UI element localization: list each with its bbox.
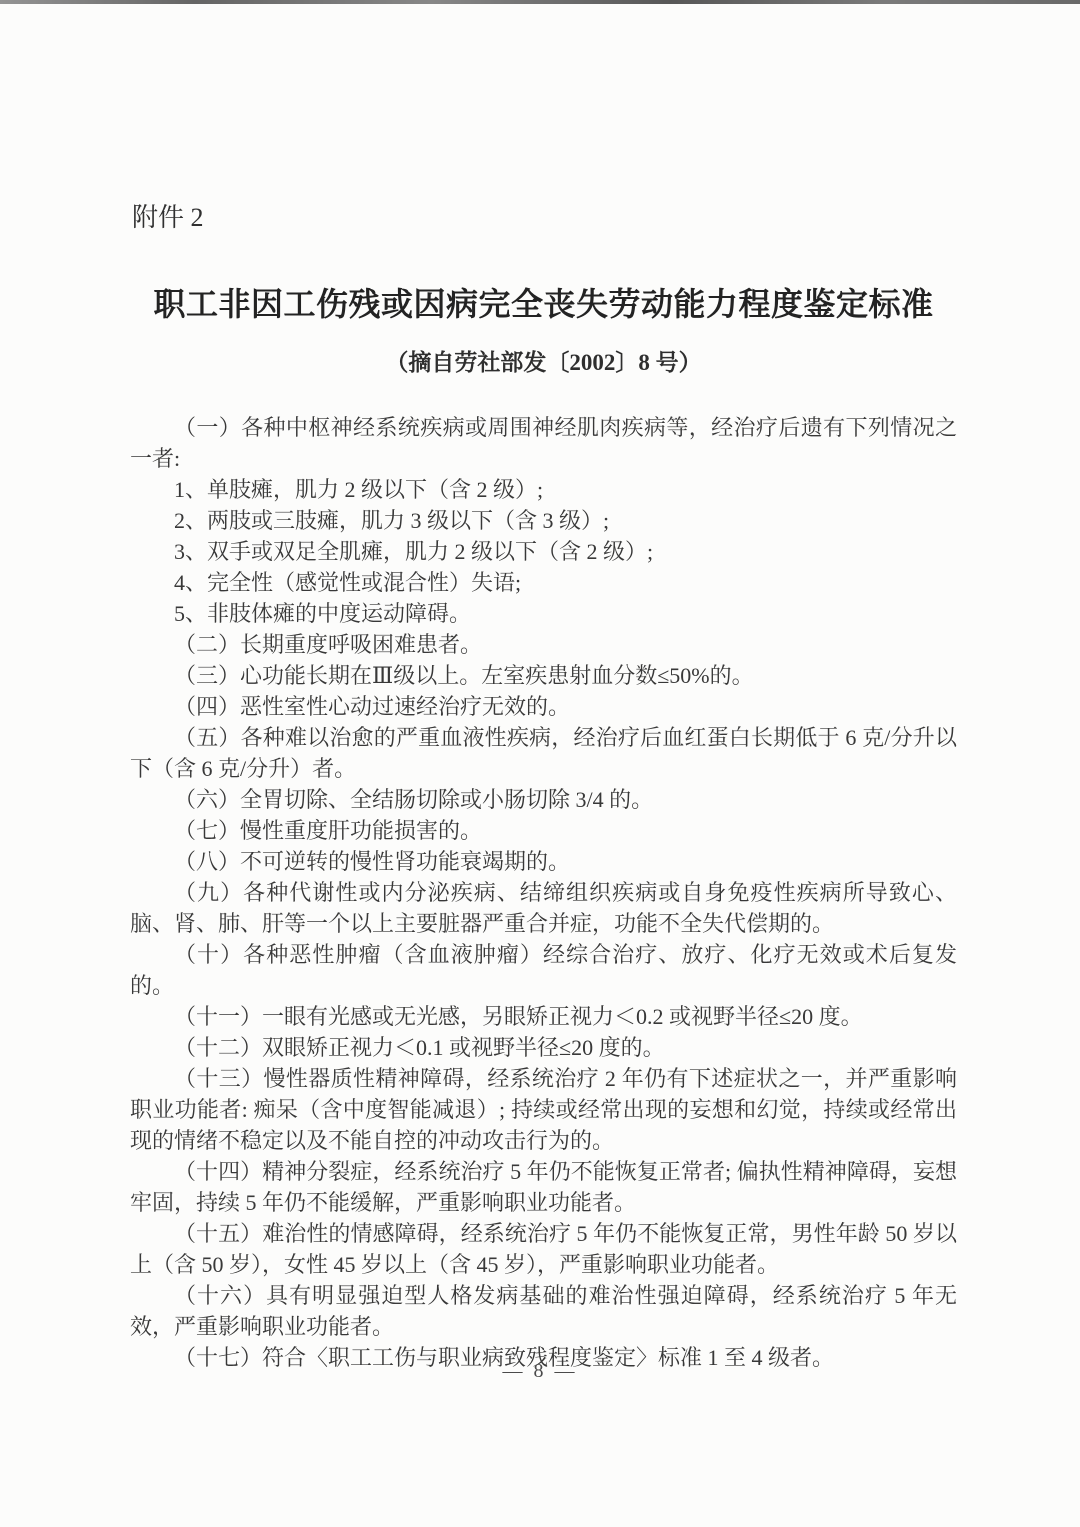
paragraph-section-12: （十二）双眼矫正视力＜0.1 或视野半径≤20 度的。 <box>130 1032 957 1063</box>
document-title: 职工非因工伤残或因病完全丧失劳动能力程度鉴定标准 <box>130 284 957 324</box>
paragraph-item-4: 4、完全性（感觉性或混合性）失语; <box>130 567 957 598</box>
document-subtitle: （摘自劳社部发〔2002〕8 号） <box>130 348 957 378</box>
scan-edge-artifact <box>0 0 1080 4</box>
paragraph-section-3: （三）心功能长期在Ⅲ级以上。左室疾患射血分数≤50%的。 <box>130 660 957 691</box>
paragraph-section-1: （一）各种中枢神经系统疾病或周围神经肌肉疾病等，经治疗后遗有下列情况之一者: <box>130 412 957 474</box>
paragraph-section-4: （四）恶性室性心动过速经治疗无效的。 <box>130 691 957 722</box>
paragraph-section-7: （七）慢性重度肝功能损害的。 <box>130 815 957 846</box>
paragraph-section-9: （九）各种代谢性或内分泌疾病、结缔组织疾病或自身免疫性疾病所导致心、脑、肾、肺、… <box>130 877 957 939</box>
paragraph-section-14: （十四）精神分裂症，经系统治疗 5 年仍不能恢复正常者; 偏执性精神障碍，妄想牢… <box>130 1156 957 1218</box>
paragraph-section-2: （二）长期重度呼吸困难患者。 <box>130 629 957 660</box>
paragraph-item-5: 5、非肢体瘫的中度运动障碍。 <box>130 598 957 629</box>
document-body: （一）各种中枢神经系统疾病或周围神经肌肉疾病等，经治疗后遗有下列情况之一者: 1… <box>130 412 957 1373</box>
paragraph-section-8: （八）不可逆转的慢性肾功能衰竭期的。 <box>130 846 957 877</box>
paragraph-section-10: （十）各种恶性肿瘤（含血液肿瘤）经综合治疗、放疗、化疗无效或术后复发的。 <box>130 939 957 1001</box>
paragraph-section-6: （六）全胃切除、全结肠切除或小肠切除 3/4 的。 <box>130 784 957 815</box>
paragraph-section-11: （十一）一眼有光感或无光感，另眼矫正视力＜0.2 或视野半径≤20 度。 <box>130 1001 957 1032</box>
paragraph-section-16: （十六）具有明显强迫型人格发病基础的难治性强迫障碍，经系统治疗 5 年无效，严重… <box>130 1280 957 1342</box>
attachment-label: 附件 2 <box>132 200 957 236</box>
paragraph-item-2: 2、两肢或三肢瘫，肌力 3 级以下（含 3 级）; <box>130 505 957 536</box>
paragraph-section-13: （十三）慢性器质性精神障碍，经系统治疗 2 年仍有下述症状之一，并严重影响职业功… <box>130 1063 957 1156</box>
scanned-document-page: 附件 2 职工非因工伤残或因病完全丧失劳动能力程度鉴定标准 （摘自劳社部发〔20… <box>0 0 1080 1527</box>
paragraph-section-5: （五）各种难以治愈的严重血液性疾病，经治疗后血红蛋白长期低于 6 克/分升以下（… <box>130 722 957 784</box>
page-number: — 8 — <box>0 1360 1080 1383</box>
paragraph-section-15: （十五）难治性的情感障碍，经系统治疗 5 年仍不能恢复正常，男性年龄 50 岁以… <box>130 1218 957 1280</box>
paragraph-item-3: 3、双手或双足全肌瘫，肌力 2 级以下（含 2 级）; <box>130 536 957 567</box>
paragraph-item-1: 1、单肢瘫，肌力 2 级以下（含 2 级）; <box>130 474 957 505</box>
